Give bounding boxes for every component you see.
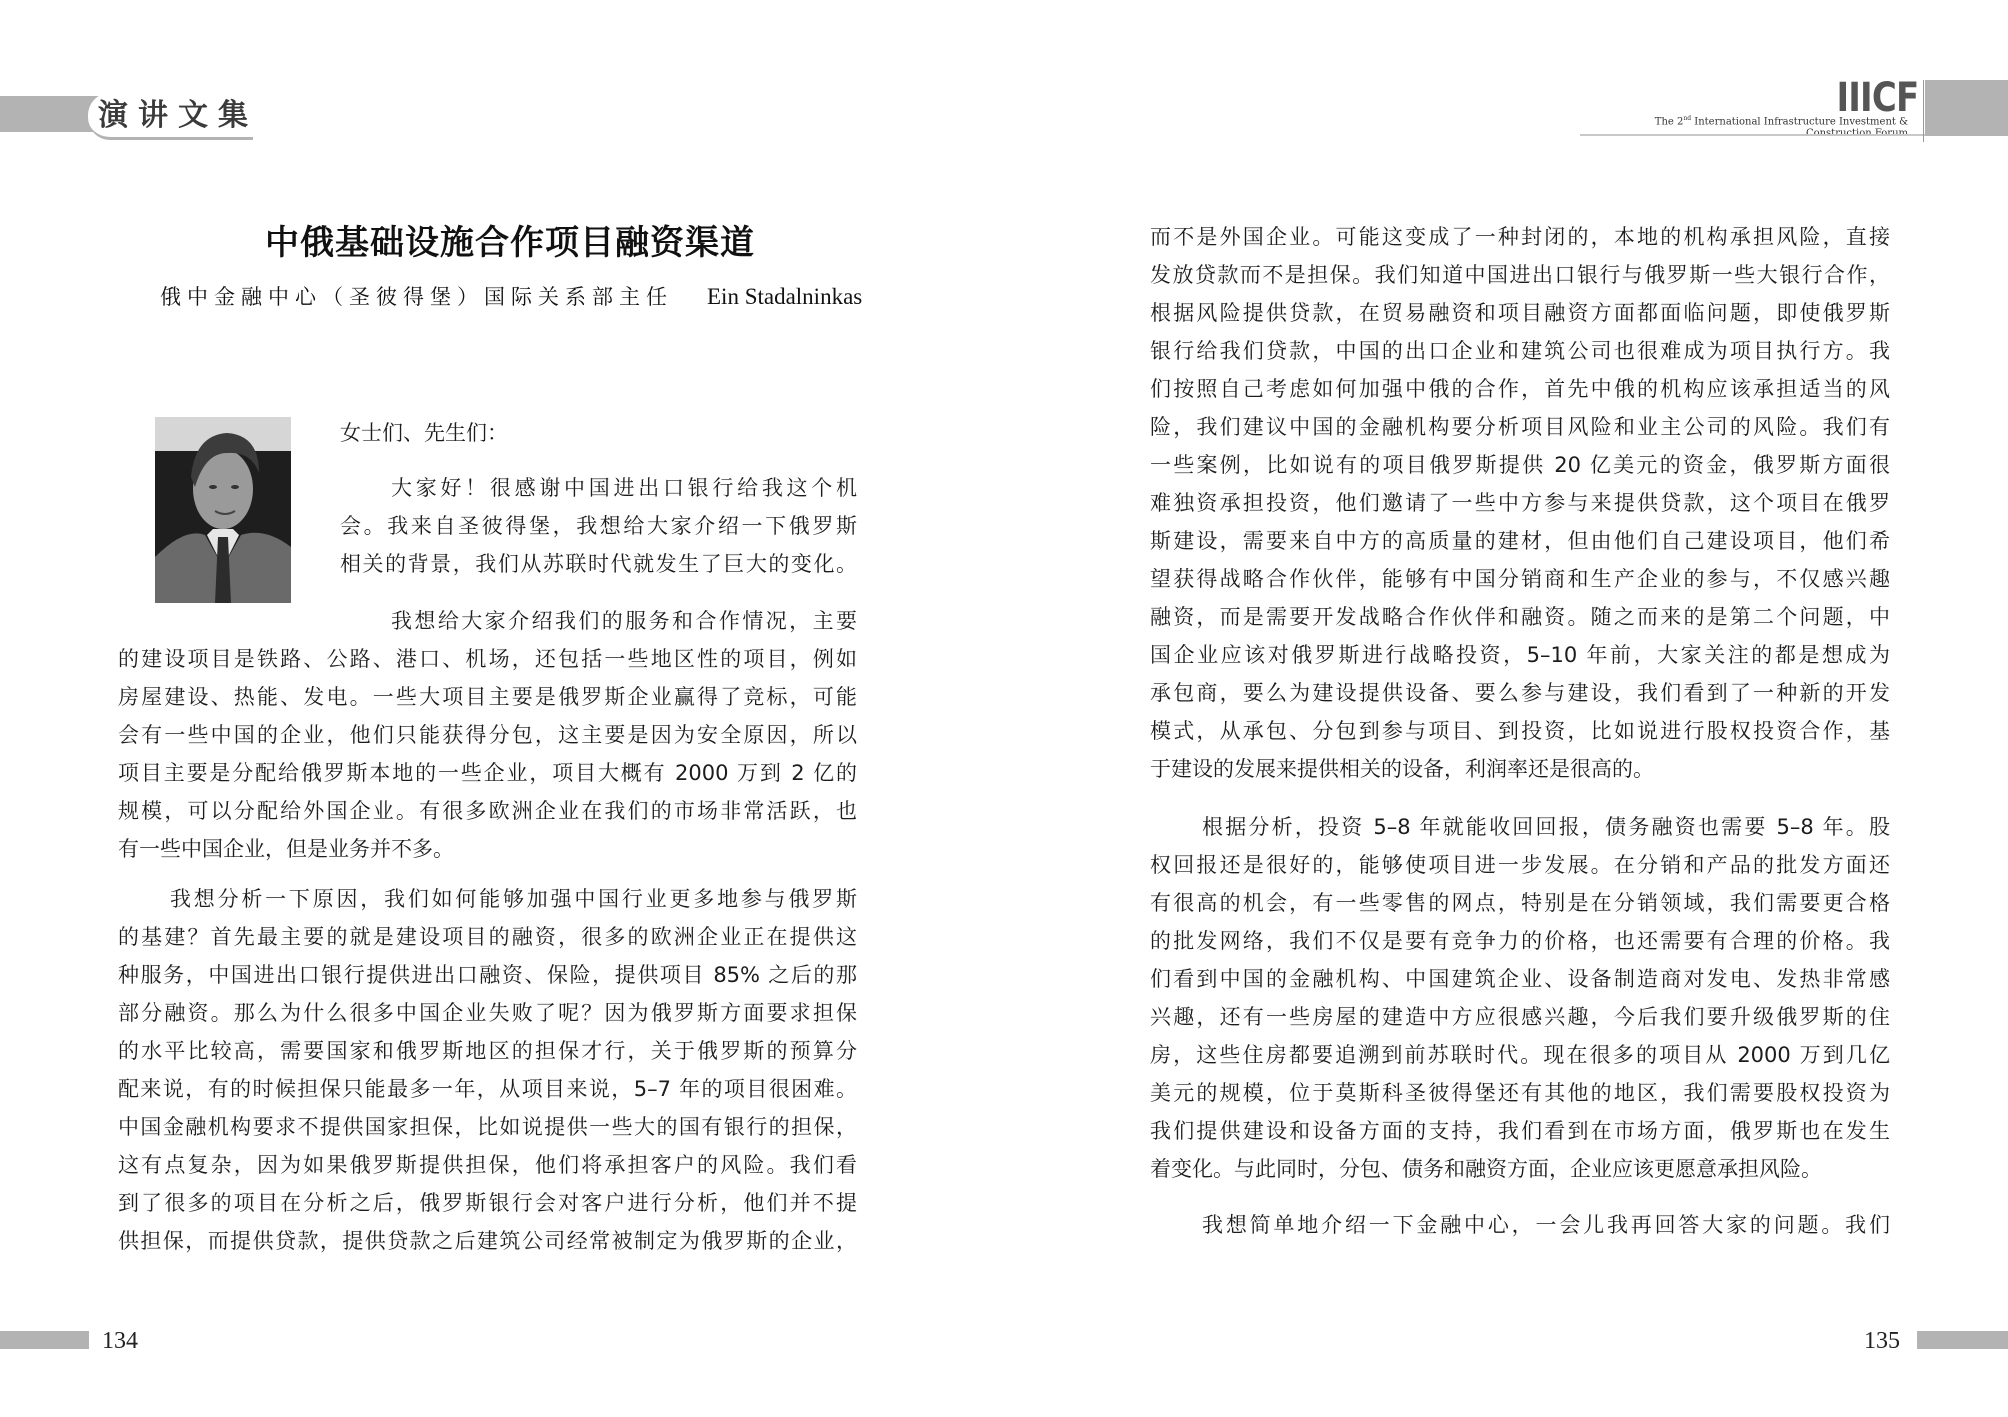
paragraph-line: 我想简单地介绍一下金融中心，一会儿我再回答大家的问题。我们 — [1202, 1210, 1890, 1240]
paragraph-line: 着变化。与此同时，分包、债务和融资方面，企业应该更愿意承担风险。 — [1150, 1154, 1822, 1184]
header-left-bar — [0, 96, 100, 132]
paragraph-line: 模式，从承包、分包到参与项目、到投资，比如说进行股权投资合作，基 — [1150, 716, 1890, 746]
author-name: Ein Stadalninkas — [707, 284, 862, 309]
paragraph-line: 相关的背景，我们从苏联时代就发生了巨大的变化。 — [340, 549, 857, 579]
paragraph-line: 银行给我们贷款，中国的出口企业和建筑公司也很难成为项目执行方。我 — [1150, 336, 1890, 366]
paragraph-line: 发放贷款而不是担保。我们知道中国进出口银行与俄罗斯一些大银行合作， — [1150, 260, 1890, 290]
forum-subtitle-post: International Infrastructure Investment … — [1691, 116, 1908, 127]
paragraph-line: 我想给大家介绍我们的服务和合作情况，主要 — [391, 606, 857, 636]
paragraph-line: 望获得战略合作伙伴，能够有中国分销商和生产企业的参与，不仅感兴趣 — [1150, 564, 1890, 594]
paragraph-line: 的水平比较高，需要国家和俄罗斯地区的担保才行，关于俄罗斯的预算分 — [118, 1036, 857, 1066]
paragraph-line: 们看到中国的金融机构、中国建筑企业、设备制造商对发电、发热非常感 — [1150, 964, 1890, 994]
page-number-right: 135 — [1864, 1326, 1900, 1356]
paragraph-line: 斯建设，需要来自中方的高质量的建材，但由他们自己建设项目，他们希 — [1150, 526, 1890, 556]
author-byline: 俄中金融中心（圣彼得堡）国际关系部主任Ein Stadalninkas — [160, 282, 862, 312]
paragraph-line: 兴趣，还有一些房屋的建造中方应很感兴趣，今后我们要升级俄罗斯的住 — [1150, 1002, 1890, 1032]
header-right-divider — [1923, 80, 1924, 142]
paragraph-line: 项目主要是分配给俄罗斯本地的一些企业，项目大概有 2000 万到 2 亿的 — [118, 758, 857, 788]
footer-right-bar — [1917, 1331, 2008, 1349]
paragraph-line: 根据分析，投资 5–8 年就能收回回报，债务融资也需要 5–8 年。股 — [1202, 812, 1890, 842]
paragraph-line: 而不是外国企业。可能这变成了一种封闭的，本地的机构承担风险，直接 — [1150, 222, 1890, 252]
paragraph-line: 供担保，而提供贷款，提供贷款之后建筑公司经常被制定为俄罗斯的企业， — [118, 1226, 857, 1256]
paragraph-line: 承包商，要么为建设提供设备、要么参与建设，我们看到了一种新的开发 — [1150, 678, 1890, 708]
footer-left-bar — [0, 1331, 89, 1349]
paragraph-line: 会。我来自圣彼得堡，我想给大家介绍一下俄罗斯 — [340, 511, 857, 541]
speaker-photo — [155, 417, 291, 603]
forum-subtitle-sup: nd — [1683, 115, 1691, 122]
paragraph-line: 到了很多的项目在分析之后，俄罗斯银行会对客户进行分析，他们并不提 — [118, 1188, 857, 1218]
paragraph-line: 国企业应该对俄罗斯进行战略投资，5–10 年前，大家关注的都是想成为 — [1150, 640, 1890, 670]
paragraph-line: 配来说，有的时候担保只能最多一年，从项目来说，5–7 年的项目很困难。 — [118, 1074, 857, 1104]
forum-subtitle-pre: The 2 — [1655, 116, 1684, 127]
paragraph-line: 的基建？首先最主要的就是建设项目的融资，很多的欧洲企业正在提供这 — [118, 922, 857, 952]
paragraph-line: 这有点复杂，因为如果俄罗斯提供担保，他们将承担客户的风险。我们看 — [118, 1150, 857, 1180]
paragraph-line: 部分融资。那么为什么很多中国企业失败了呢？因为俄罗斯方面要求担保 — [118, 998, 857, 1028]
portrait-icon — [155, 417, 291, 603]
paragraph-line: 规模，可以分配给外国企业。有很多欧洲企业在我们的市场非常活跃，也 — [118, 796, 857, 826]
article-title: 中俄基础设施合作项目融资渠道 — [150, 220, 870, 266]
paragraph-line: 权回报还是很好的，能够使项目进一步发展。在分销和产品的批发方面还 — [1150, 850, 1890, 880]
paragraph-line: 们按照自己考虑如何加强中俄的合作，首先中俄的机构应该承担适当的风 — [1150, 374, 1890, 404]
forum-subtitle: The 2nd International Infrastructure Inv… — [1655, 113, 1908, 140]
paragraph-line: 房，这些住房都要追溯到前苏联时代。现在很多的项目从 2000 万到几亿 — [1150, 1040, 1890, 1070]
header-right-rule — [1580, 134, 1925, 136]
paragraph-line: 我们提供建设和设备方面的支持，我们看到在市场方面，俄罗斯也在发生 — [1150, 1116, 1890, 1146]
paragraph-line: 根据风险提供贷款，在贸易融资和项目融资方面都面临问题，即使俄罗斯 — [1150, 298, 1890, 328]
section-title: 演讲文集 — [98, 96, 258, 136]
author-org: 俄中金融中心（圣彼得堡）国际关系部主任 — [160, 285, 673, 309]
header-right-bar — [1925, 80, 2008, 136]
paragraph-line: 我想分析一下原因，我们如何能够加强中国行业更多地参与俄罗斯 — [170, 884, 857, 914]
paragraph-line: 险，我们建议中国的金融机构要分析项目风险和业主公司的风险。我们有 — [1150, 412, 1890, 442]
paragraph-line: 中国金融机构要求不提供国家担保，比如说提供一些大的国有银行的担保， — [118, 1112, 857, 1142]
paragraph-line: 美元的规模，位于莫斯科圣彼得堡还有其他的地区，我们需要股权投资为 — [1150, 1078, 1890, 1108]
paragraph-line: 有很高的机会，有一些零售的网点，特别是在分销领域，我们需要更合格 — [1150, 888, 1890, 918]
paragraph-line: 女士们、先生们： — [340, 418, 508, 448]
paragraph-line: 种服务，中国进出口银行提供进出口融资、保险，提供项目 85% 之后的那 — [118, 960, 857, 990]
paragraph-line: 融资，而是需要开发战略合作伙伴和融资。随之而来的是第二个问题，中 — [1150, 602, 1890, 632]
paragraph-line: 的批发网络，我们不仅是要有竞争力的价格，也还需要有合理的价格。我 — [1150, 926, 1890, 956]
paragraph-line: 难独资承担投资，他们邀请了一些中方参与来提供贷款，这个项目在俄罗 — [1150, 488, 1890, 518]
paragraph-line: 有一些中国企业，但是业务并不多。 — [118, 834, 454, 864]
paragraph-line: 一些案例，比如说有的项目俄罗斯提供 20 亿美元的资金，俄罗斯方面很 — [1150, 450, 1890, 480]
paragraph-line: 房屋建设、热能、发电。一些大项目主要是俄罗斯企业赢得了竞标，可能 — [118, 682, 857, 712]
page-number-left: 134 — [102, 1326, 138, 1356]
paragraph-line: 大家好！很感谢中国进出口银行给我这个机 — [391, 473, 857, 503]
paragraph-line: 于建设的发展来提供相关的设备，利润率还是很高的。 — [1150, 754, 1654, 784]
paragraph-line: 的建设项目是铁路、公路、港口、机场，还包括一些地区性的项目，例如 — [118, 644, 857, 674]
paragraph-line: 会有一些中国的企业，他们只能获得分包，这主要是因为安全原因，所以 — [118, 720, 857, 750]
forum-logo: IIICF — [1836, 78, 1918, 118]
